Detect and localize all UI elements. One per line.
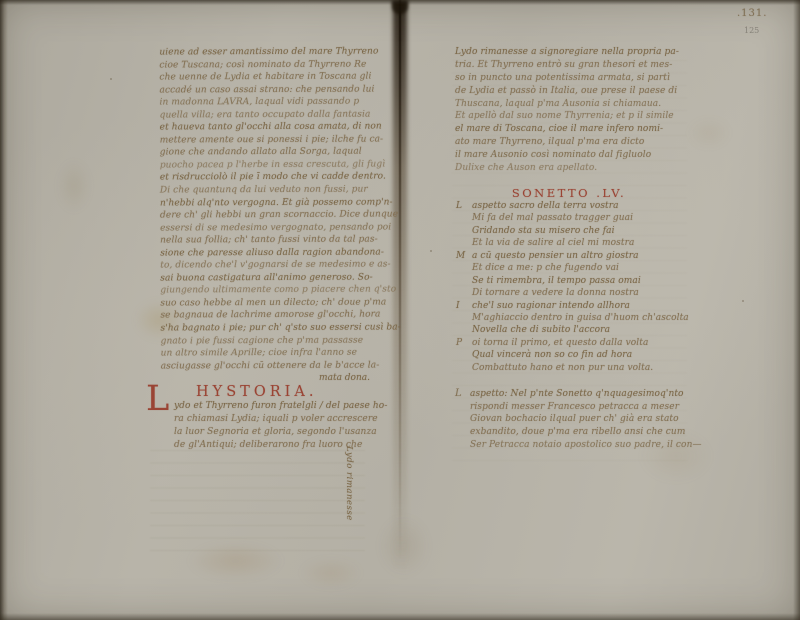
stain (188, 542, 283, 580)
manuscript-text-line: ato mare Thyrreno, ilqual p'ma era dicto (455, 137, 685, 150)
manuscript-text-line: Ser Petracca notaio apostolico suo padre… (470, 440, 688, 453)
folio-number: .131. (737, 8, 767, 19)
manuscript-text-line: Et apellò dal suo nome Thyrrenia; et p i… (455, 111, 685, 124)
sonnet-line-text: Et la via de salire al ciel mi mostra (472, 238, 634, 248)
sonnet-line-text: Novella che di subito l'accora (472, 325, 610, 335)
manuscript-text-line: to, dicendo che'l v'gognarsi de se medes… (160, 260, 375, 273)
sonnet-line: Combattuto hano et non pur una volta. (472, 363, 687, 375)
manuscript-text-line: che uenne de Lydia et habitare in Toscan… (159, 72, 374, 85)
sonnet-line-text: a cū questo pensier un altro giostra (472, 251, 639, 261)
commentary-block: aspetto: Nel p'nte Sonetto q'nquagesimoq… (470, 389, 688, 452)
sonnet-line-text: Qual vincerà non so co fin ad hora (472, 350, 632, 360)
manuscript-text-line: nella sua follia; ch' tanto fussi vinto … (160, 235, 375, 248)
stain (58, 160, 90, 212)
manuscript-text-line: un altro simile Aprille; cioe infra l'an… (161, 348, 376, 361)
sonnet-stanza-initial: P (456, 338, 462, 348)
folio-number-pencil: 125 (744, 26, 759, 35)
photo-edge-left (0, 0, 8, 620)
ink-speck (110, 78, 112, 80)
manuscript-text-line: s'ha bagnato i pie; pur ch' q'sto suo es… (160, 323, 375, 336)
sonnet-line-text: che'l suo ragionar intendo allhora (472, 301, 630, 311)
left-prose-block: uiene ad esser amantissimo del mare Thyr… (159, 47, 375, 374)
manuscript-text-line: tria. Et Thyrreno entrò su gran thesori … (455, 60, 685, 73)
manuscript-text-line: Lydo rimanesse a signoregiare nella prop… (455, 47, 685, 60)
manuscript-photo: uiene ad esser amantissimo del mare Thyr… (0, 0, 800, 620)
ink-speck (430, 250, 432, 252)
manuscript-text-line: Di che quantunq da lui veduto non fussi,… (160, 185, 375, 198)
sonnet-line: Gridando sta su misero che fai (472, 226, 687, 238)
manuscript-text-line: de Lydia et passò in Italia, oue prese i… (455, 86, 685, 99)
sonnet-line: Qual vincerà non so co fin ad hora (472, 350, 687, 362)
sonnet-line-text: Di tornare a vedere la donna nostra (472, 288, 639, 298)
manuscript-text-line: el mare di Toscana, cioe il mare infero … (455, 124, 685, 137)
manuscript-text-line: suo caso hebbe al men un dilecto; ch' do… (160, 297, 375, 310)
manuscript-text-line: la luor Segnoria et gloria, segondo l'us… (174, 427, 374, 440)
manuscript-text-line: Dulixe che Auson era apellato. (455, 163, 685, 176)
manuscript-text-line: in madonna LAVRA, laqual vidi passando p (160, 97, 375, 110)
sonnet-line: Poi torna il primo, et questo dalla volt… (472, 338, 687, 350)
sonnet-line: Mi fa del mal passato tragger guai (472, 213, 687, 225)
manuscript-text-line: n'hebbi alq'nto vergogna. Et già possemo… (160, 197, 375, 210)
paragraph-tail-line: mata dona. (160, 373, 370, 383)
ink-speck (742, 300, 744, 302)
page-gutter-fold (399, 0, 401, 560)
sonnet-line-text: oi torna il primo, et questo dalla volta (472, 338, 648, 348)
sonnet-stanza-initial: M (456, 251, 465, 261)
manuscript-text-line: dere ch' gli hebbi un gran scornaccio. D… (160, 210, 375, 223)
manuscript-text-line: giungendo ultimamente como p piacere che… (160, 285, 375, 298)
sonnet-line: Ma cū questo pensier un altro giostra (472, 251, 687, 263)
sonnet-line: Et la via de salire al ciel mi mostra (472, 238, 687, 250)
manuscript-text-line: accadé un caso assai strano: che pensand… (159, 84, 374, 97)
manuscript-text-line: asciugasse gl'occhi cū ottenere da le b'… (161, 360, 376, 373)
right-prose-block: Lydo rimanesse a signoregiare nella prop… (455, 47, 685, 176)
sonnet-line-text: Et dice a me: p che fugendo vai (472, 263, 619, 273)
rubric-heading-sonetto: SONETTO .LV. (455, 186, 683, 200)
sonnet-line: Novella che di subito l'accora (472, 325, 687, 337)
manuscript-text-line: exbandito, doue p'ma era ribello ansi ch… (470, 427, 688, 440)
manuscript-text-line: quella villa; era tanto occupato dalla f… (160, 109, 375, 122)
photo-edge-bottom (0, 613, 800, 620)
manuscript-text-line: Giovan bochacio ilqual puer ch' già era … (470, 414, 688, 427)
manuscript-text-line: puocho pacea p l'herbe in essa crescuta,… (160, 159, 375, 172)
manuscript-text-line: il mare Ausonio così nominato dal figluo… (455, 150, 685, 163)
manuscript-text-line: Thuscana, laqual p'ma Ausonia si chiamau… (455, 99, 685, 112)
stain (688, 118, 730, 148)
catchword-vertical: Lydo rimanesse (344, 446, 354, 550)
sonnet-line: Laspetto sacro della terra vostra (472, 201, 687, 213)
sonnet-line-text: M'aghiaccio dentro in guisa d'huom ch'as… (472, 313, 689, 323)
manuscript-text-line: uiene ad esser amantissimo del mare Thyr… (159, 47, 374, 60)
rubric-heading-hystoria: HYSTORIA. (196, 384, 317, 400)
sonnet-stanza-initial: I (456, 301, 460, 311)
manuscript-text-line: so in puncto una potentissima armata, si… (455, 73, 685, 86)
manuscript-text-line: et risdrucciolò il pie ī modo che vi cad… (160, 172, 375, 185)
sonnet-line: Et dice a me: p che fugendo vai (472, 263, 687, 275)
sonnet-line-text: aspetto sacro della terra vostra (472, 201, 619, 211)
sonnet-line: Di tornare a vedere la donna nostra (472, 288, 687, 300)
sonnet-line-text: Gridando sta su misero che fai (472, 226, 615, 236)
drop-cap-initial: L (146, 382, 169, 417)
manuscript-text-line: ydo et Thyrreno furon fratelgli / del pa… (174, 401, 374, 414)
manuscript-text-line: rispondi messer Francesco petracca a mes… (470, 402, 688, 415)
photo-edge-right (793, 0, 800, 620)
manuscript-text-line: aspetto: Nel p'nte Sonetto q'nquagesimoq… (470, 389, 688, 402)
commentary-lemma-mark: L (455, 388, 462, 399)
manuscript-text-line: se bagnaua de lachrime amorose gl'occhi,… (160, 310, 375, 323)
manuscript-text-line: ra chiamasi Lydia; iquali p voler accres… (174, 414, 374, 427)
manuscript-text-line: gione che andando allato alla Sorga, laq… (160, 147, 375, 160)
show-through-lines (150, 450, 365, 555)
sonnet-line: M'aghiaccio dentro in guisa d'huom ch'as… (472, 313, 687, 325)
sonnet-line: Iche'l suo ragionar intendo allhora (472, 301, 687, 313)
manuscript-text-line: cioe Tuscana; così nominato da Thyrreno … (159, 59, 374, 72)
manuscript-text-line: gnato i pie fussi cagione che p'ma passa… (161, 335, 376, 348)
sonnet-block: Laspetto sacro della terra vostraMi fa d… (472, 201, 687, 375)
sonnet-line: Se ti rimembra, il tempo passa omai (472, 276, 687, 288)
stain (300, 558, 362, 588)
sonnet-line-text: Combattuto hano et non pur una volta. (472, 363, 653, 373)
manuscript-text-line: et haueva tanto gl'occhi alla cosa amata… (160, 122, 375, 135)
sonnet-stanza-initial: L (456, 201, 462, 211)
sonnet-line-text: Se ti rimembra, il tempo passa omai (472, 276, 641, 286)
sonnet-line-text: Mi fa del mal passato tragger guai (472, 213, 633, 223)
manuscript-text-line: essersi di se medesimo vergognato, pensa… (160, 222, 375, 235)
